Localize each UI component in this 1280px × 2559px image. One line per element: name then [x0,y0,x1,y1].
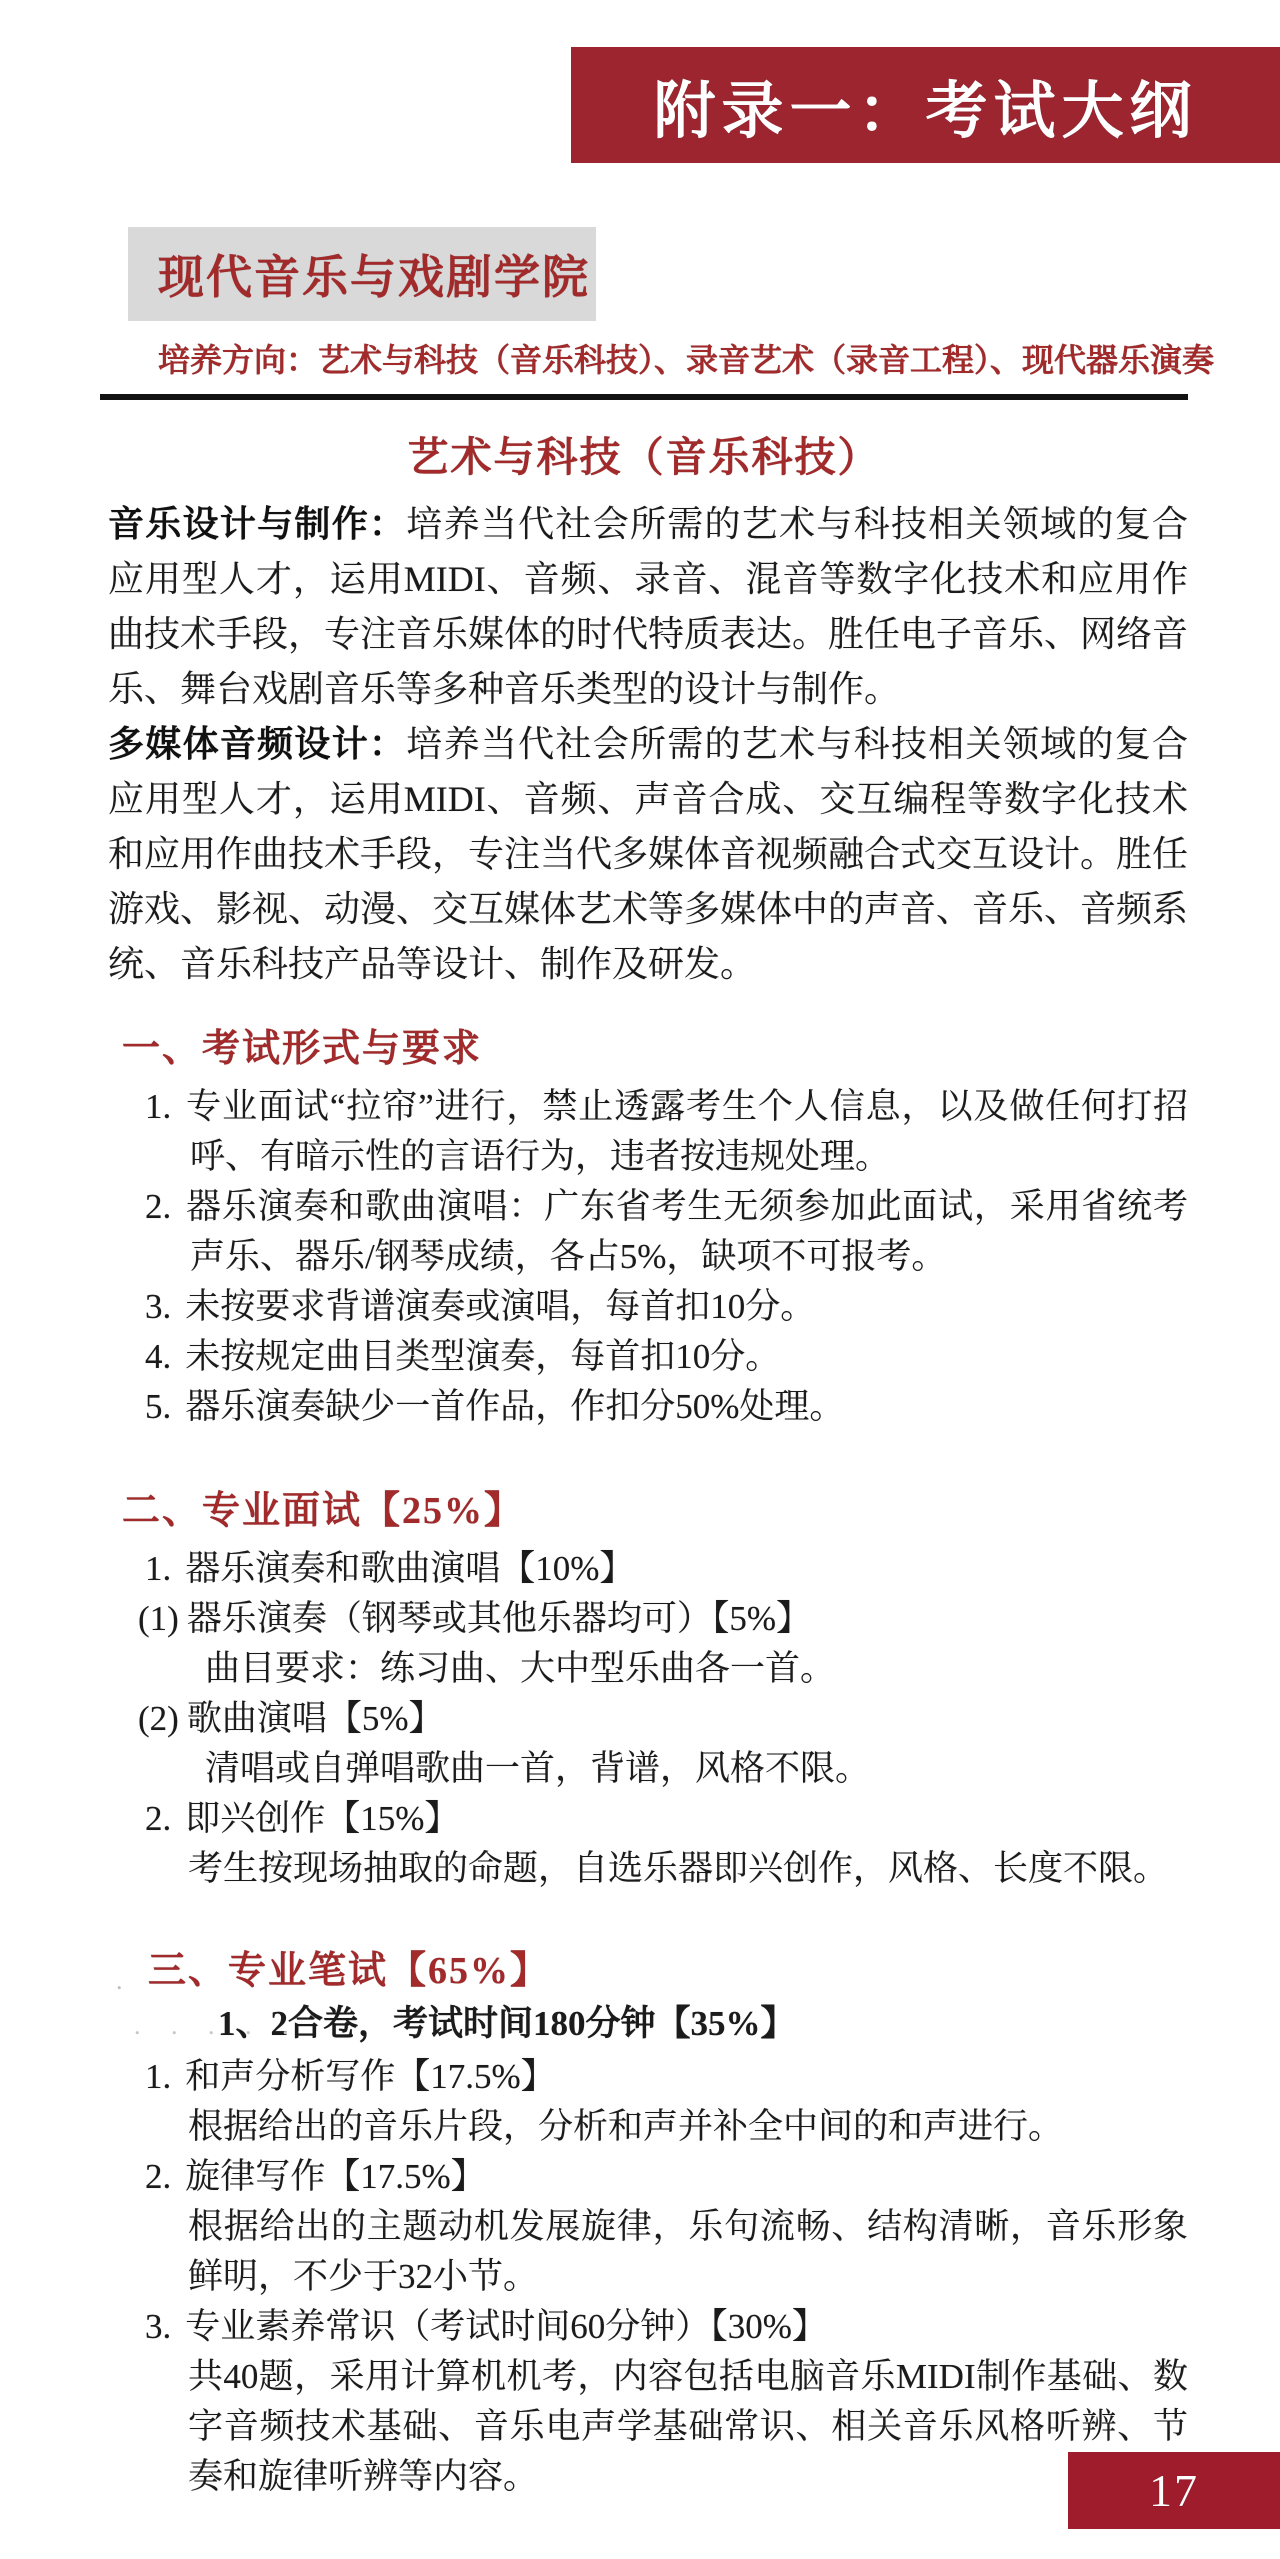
section-written-exam: .三、专业笔试【65%】 . . . . .1、2合卷，考试时间180分钟【35… [100,1948,1188,2502]
section-interview: 二、专业面试【25%】 1.器乐演奏和歌曲演唱【10%】 (1)器乐演奏（钢琴或… [100,1488,1188,1894]
training-direction-line: 培养方向：艺术与科技（音乐科技）、录音艺术（录音工程）、现代器乐演奏 [158,335,1188,381]
list-item: 1.器乐演奏和歌曲演唱【10%】 [100,1544,1188,1594]
item-text: 和声分析写作【17.5%】 [185,2057,555,2096]
item-text: 器乐演奏和歌曲演唱：广东省考生无须参加此面试，采用省统考声乐、器乐/钢琴成绩，各… [185,1187,1188,1276]
scanned-document-page: { "colors": { "banner_bg": "#9c2530", "a… [0,0,1280,2559]
list-item: 1.专业面试“拉帘”进行，禁止透露考生个人信息，以及做任何打招呼、有暗示性的言语… [100,1082,1188,1182]
section-exam-format: 一、考试形式与要求 1.专业面试“拉帘”进行，禁止透露考生个人信息，以及做任何打… [100,1026,1188,1432]
item-marker: 1. [145,1549,185,1588]
item-text: 未按规定曲目类型演奏，每首扣10分。 [185,1337,780,1376]
intro-paragraph-1: 音乐设计与制作：培养当代社会所需的艺术与科技相关领域的复合应用型人才，运用MID… [108,497,1188,717]
list-item: (2)歌曲演唱【5%】 [100,1694,1188,1744]
section-heading-text: 三、专业笔试【65%】 [148,1950,550,1992]
list-item-detail: 根据给出的主题动机发展旋律，乐句流畅、结构清晰，音乐形象鲜明，不少于32小节。 [100,2202,1188,2302]
item-text: 歌曲演唱【5%】 [187,1699,444,1738]
scan-artifact-dots: . . . . . [134,2000,301,2052]
major-title: 艺术与科技（音乐科技） [100,424,1188,483]
list-item: 4.未按规定曲目类型演奏，每首扣10分。 [100,1332,1188,1382]
list-item: (1)器乐演奏（钢琴或其他乐器均可）【5%】 [100,1594,1188,1644]
item-marker: 2. [145,1187,185,1226]
document-body: 现代音乐与戏剧学院 培养方向：艺术与科技（音乐科技）、录音艺术（录音工程）、现代… [100,227,1188,2502]
list-item-detail: 曲目要求：练习曲、大中型乐曲各一首。 [100,1644,1188,1694]
item-text: 未按要求背谱演奏或演唱，每首扣10分。 [185,1287,815,1326]
list-item-detail: 考生按现场抽取的命题，自选乐器即兴创作，风格、长度不限。 [100,1844,1188,1894]
item-marker: 3. [145,2307,185,2346]
list-item-detail: 根据给出的音乐片段，分析和声并补全中间的和声进行。 [100,2102,1188,2152]
list-item: 5.器乐演奏缺少一首作品，作扣分50%处理。 [100,1382,1188,1432]
item-text: 旋律写作【17.5%】 [185,2157,485,2196]
item-marker: 1. [145,1087,185,1126]
appendix-banner: 附录一：考试大纲 [571,47,1280,163]
list-item-detail: 共40题，采用计算机机考，内容包括电脑音乐MIDI制作基础、数字音频技术基础、音… [100,2352,1188,2502]
item-marker: (1) [138,1599,187,1638]
list-item: 2.器乐演奏和歌曲演唱：广东省考生无须参加此面试，采用省统考声乐、器乐/钢琴成绩… [100,1182,1188,1282]
item-marker: 3. [145,1287,185,1326]
list-item-detail: 清唱或自弹唱歌曲一首，背谱，风格不限。 [100,1744,1188,1794]
section-items: 1.专业面试“拉帘”进行，禁止透露考生个人信息，以及做任何打招呼、有暗示性的言语… [100,1082,1188,1432]
section-heading: 一、考试形式与要求 [122,1026,1188,1072]
section-items: 1.器乐演奏和歌曲演唱【10%】 (1)器乐演奏（钢琴或其他乐器均可）【5%】 … [100,1544,1188,1894]
item-marker: 2. [145,1799,185,1838]
intro-paragraph-2: 多媒体音频设计：培养当代社会所需的艺术与科技相关领域的复合应用型人才，运用MID… [108,717,1188,992]
list-item: 2.旋律写作【17.5%】 [100,2152,1188,2202]
item-marker: 1. [145,2057,185,2096]
appendix-title: 附录一：考试大纲 [653,61,1197,150]
item-text: 器乐演奏缺少一首作品，作扣分50%处理。 [185,1387,844,1426]
section-items: 1.和声分析写作【17.5%】 根据给出的音乐片段，分析和声并补全中间的和声进行… [100,2052,1188,2502]
school-name-box: 现代音乐与戏剧学院 [128,227,596,321]
item-marker: 4. [145,1337,185,1376]
school-name: 现代音乐与戏剧学院 [128,241,590,307]
list-item: 1.和声分析写作【17.5%】 [100,2052,1188,2102]
item-marker: 2. [145,2157,185,2196]
paragraph-lead: 音乐设计与制作： [108,504,406,544]
item-text: 器乐演奏（钢琴或其他乐器均可）【5%】 [187,1599,811,1638]
item-text: 专业素养常识（考试时间60分钟）【30%】 [185,2307,827,2346]
page-number: 17 [1149,2464,1199,2517]
item-marker: 5. [145,1387,185,1426]
horizontal-divider [100,394,1188,400]
item-text: 器乐演奏和歌曲演唱【10%】 [185,1549,634,1588]
page-number-box: 17 [1068,2452,1280,2529]
paragraph-lead: 多媒体音频设计： [108,724,406,764]
item-text: 即兴创作【15%】 [185,1799,459,1838]
section-heading: 二、专业面试【25%】 [122,1488,1188,1534]
list-item: 3.专业素养常识（考试时间60分钟）【30%】 [100,2302,1188,2352]
item-marker: (2) [138,1699,187,1738]
subheading-text: 1、2合卷，考试时间180分钟【35%】 [218,2004,796,2043]
section-heading: .三、专业笔试【65%】 [148,1948,1188,1994]
list-item: 2.即兴创作【15%】 [100,1794,1188,1844]
list-item: 3.未按要求背谱演奏或演唱，每首扣10分。 [100,1282,1188,1332]
written-exam-subheading: . . . . .1、2合卷，考试时间180分钟【35%】 [100,1998,1188,2050]
item-text: 专业面试“拉帘”进行，禁止透露考生个人信息，以及做任何打招呼、有暗示性的言语行为… [185,1087,1188,1176]
